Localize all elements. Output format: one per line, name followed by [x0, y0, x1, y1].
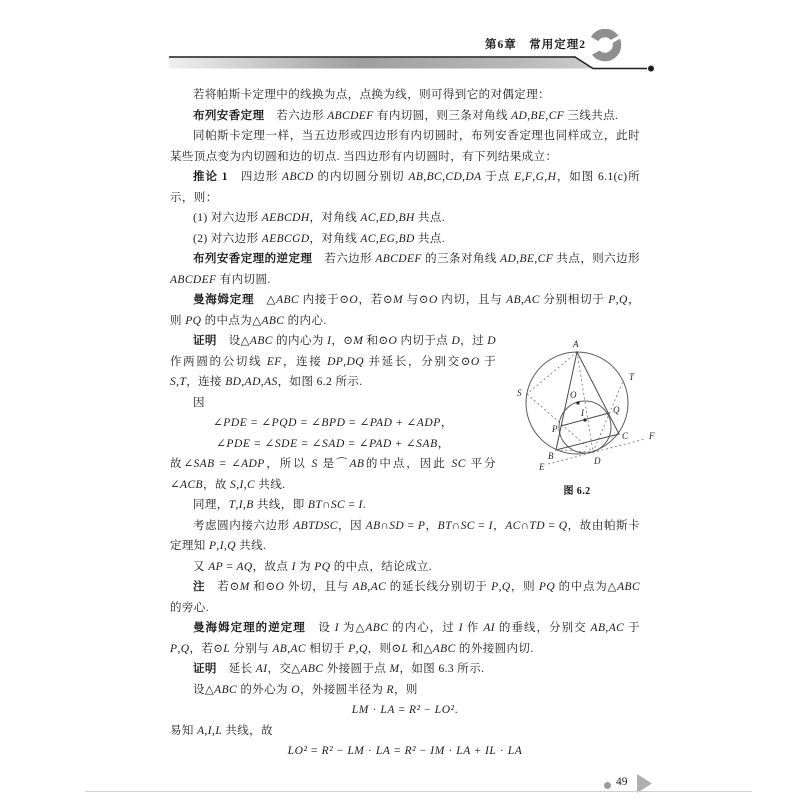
- book-page: 第6章 常用定理2 若将帕斯卡定理中的线换为点，点换为线，则可得到它的对偶定理：…: [0, 0, 800, 800]
- label-C: C: [622, 431, 629, 441]
- paragraph: 推论 1 四边形 ABCD 的内切圆分别切 AB,BC,CD,DA 于点 E,F…: [170, 167, 640, 208]
- page-header: 第6章 常用定理2: [0, 0, 800, 84]
- label-O: O: [570, 390, 577, 400]
- point-I: [583, 418, 586, 421]
- paragraph: 若将帕斯卡定理中的线换为点，点换为线，则可得到它的对偶定理：: [170, 85, 640, 106]
- intro-text: 若将帕斯卡定理中的线换为点，点换为线，则可得到它的对偶定理：布列安香定理 若六边…: [170, 85, 640, 331]
- paragraph: 考虑圆内接六边形 ABTDSC，因 AB∩SD = P，BT∩SC = I，AC…: [170, 516, 640, 557]
- paragraph: 曼海姆定理的逆定理 设 I 为△ABC 的内心，过 I 作 AI 的垂线，分别交…: [170, 618, 640, 659]
- paragraph-lead: 布列安香定理的逆定理: [193, 253, 312, 265]
- label-T: T: [629, 372, 635, 382]
- formula-line: LO² = R² − LM · LA = R² − IM · LA + IL ·…: [170, 741, 640, 762]
- page-body: 若将帕斯卡定理中的线换为点，点换为线，则可得到它的对偶定理：布列安香定理 若六边…: [170, 85, 640, 785]
- page-number-dot-icon: [604, 782, 611, 789]
- paragraph: 布列安香定理 若六边形 ABCDEF 有内切圆，则三条对角线 AD,BE,CF …: [170, 106, 640, 127]
- header-gradient-bar: [169, 58, 593, 69]
- page-footer: 49: [0, 768, 800, 800]
- label-S: S: [517, 388, 522, 398]
- paragraph-lead: 证明: [193, 663, 217, 675]
- label-P: P: [551, 424, 558, 434]
- paragraph-lead: 注: [193, 581, 205, 593]
- paragraph: 注 若⊙M 和⊙O 外切，且与 AB,AC 的延长线分别切于 P,Q，则 PQ …: [170, 577, 640, 618]
- paragraph: (2) 对六边形 AEBCGD，对角线 AC,EG,BD 共点.: [170, 229, 640, 250]
- label-E: E: [538, 462, 545, 472]
- label-A: A: [572, 339, 579, 349]
- paragraph-lead: 证明: [193, 335, 217, 347]
- formula-line: LM · LA = R² − LO².: [170, 700, 640, 721]
- paragraph-lead: 布列安香定理: [193, 110, 264, 122]
- figure-6-2: A S T O I P Q B C D E F 图 6.2: [510, 333, 660, 499]
- paragraph: (1) 对六边形 AEBCDH，对角线 AC,ED,BH 共点.: [170, 208, 640, 229]
- paragraph-lead: 曼海姆定理的逆定理: [193, 622, 306, 634]
- label-I: I: [580, 408, 585, 418]
- label-F: F: [648, 431, 655, 441]
- inner-circle-M: [559, 401, 611, 453]
- paragraph: 同帕斯卡定理一样，当五边形或四边形有内切圆时，布列安香定理也同样成立，此时某些顶…: [170, 126, 640, 167]
- page-number: 49: [616, 776, 628, 788]
- footer-rule: [85, 791, 752, 792]
- label-D: D: [593, 456, 601, 466]
- label-Q: Q: [613, 405, 620, 415]
- paragraph: 又 AP = AQ，故点 I 为 PQ 的中点，结论成立.: [170, 557, 640, 578]
- paragraph-lead: 推论 1: [193, 171, 228, 183]
- paragraph: 易知 A,I,L 共线，故: [170, 721, 640, 742]
- header-rule-dot: [648, 66, 654, 72]
- figure-6-2-drawing: A S T O I P Q B C D E F 图 6.2: [510, 333, 660, 499]
- paragraph: 曼海姆定理 △ABC 内接于⊙O，若⊙M 与⊙O 内切，且与 AB,AC 分别相…: [170, 290, 640, 331]
- paragraph: 证明 延长 AI，交△ABC 外接圆于点 M，如图 6.3 所示.: [170, 659, 640, 680]
- paragraph: 布列安香定理的逆定理 若六边形 ABCDEF 的三条对角线 AD,BE,CF 共…: [170, 249, 640, 290]
- paragraph-lead: 曼海姆定理: [193, 294, 254, 306]
- point-O: [576, 401, 579, 404]
- label-B: B: [548, 451, 554, 461]
- paragraph: 设△ABC 的外心为 O，外接圆半径为 R，则: [170, 680, 640, 701]
- header-rule: [85, 50, 670, 76]
- figure-caption: 图 6.2: [564, 484, 591, 497]
